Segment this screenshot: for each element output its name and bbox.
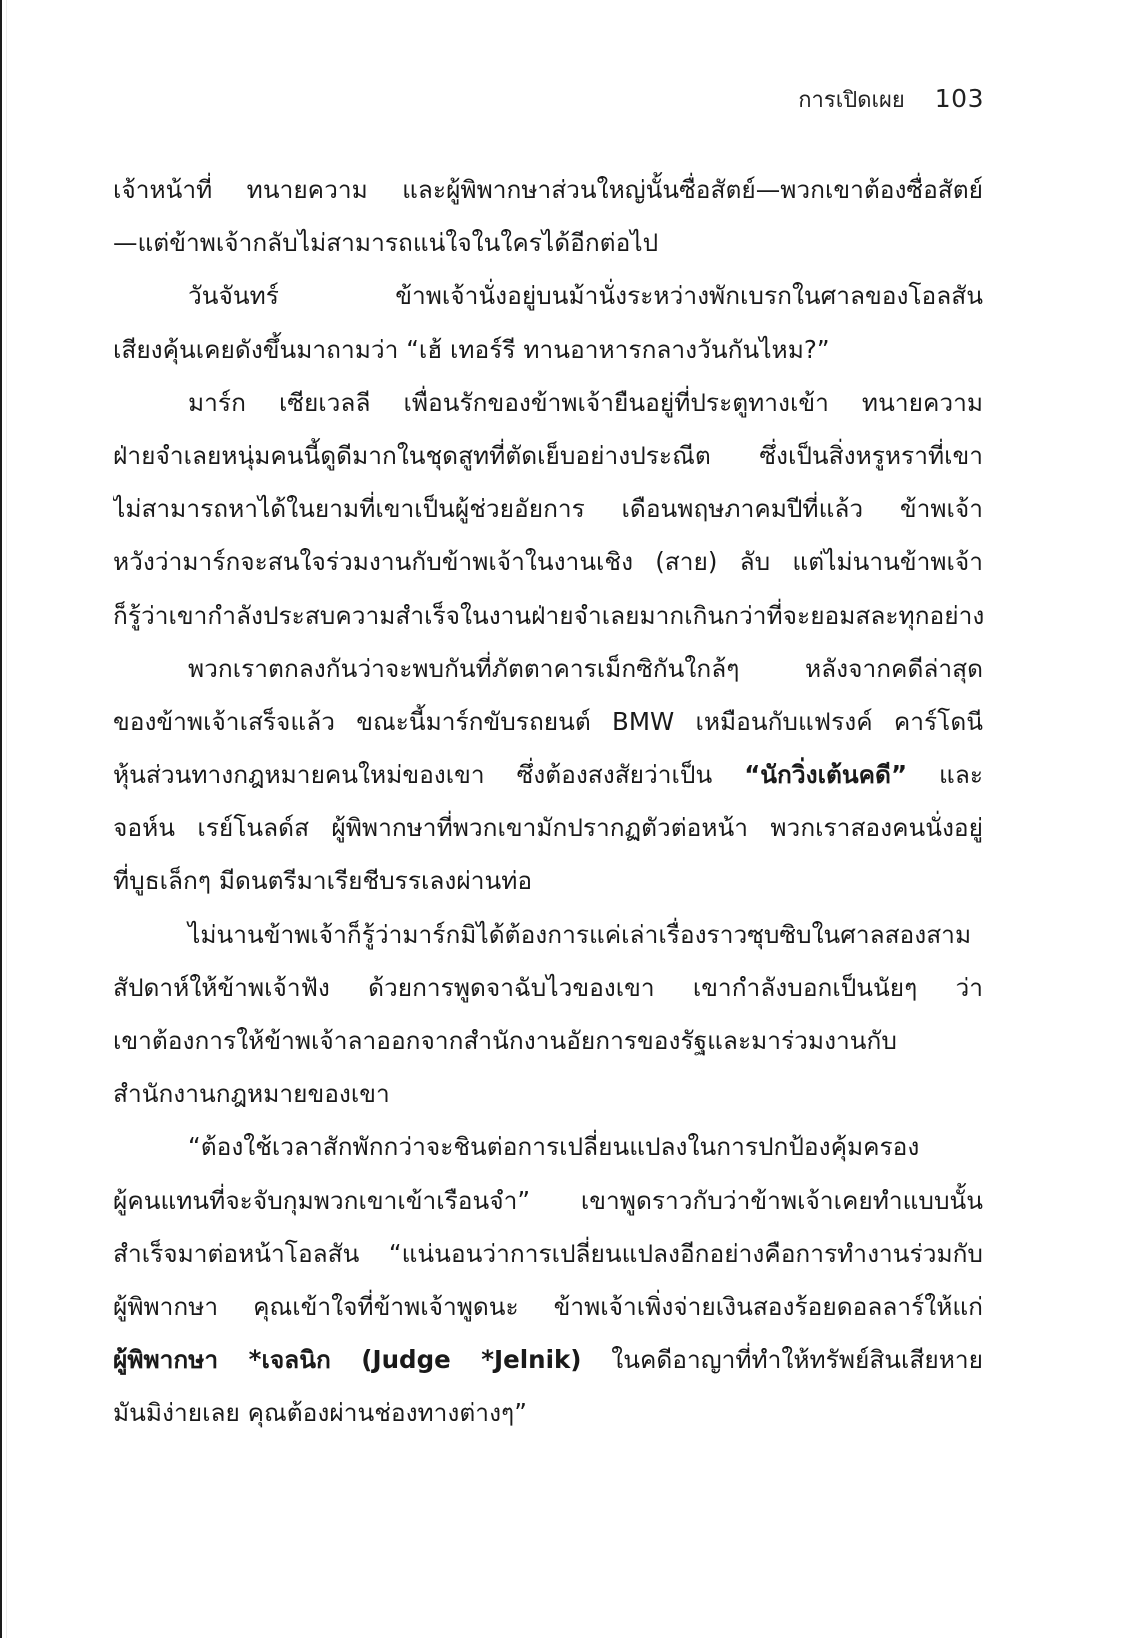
text-segment: สำนักงานกฎหมายของเขา [113, 1079, 390, 1108]
text-segment: มาร์ก เซียเวลลี เพื่อนรักของข้าพเจ้ายืนอ… [188, 388, 983, 417]
text-segment: เสียงคุ้นเคยดังขึ้นมาถามว่า “เฮ้ เทอร์รี… [113, 335, 830, 364]
text-segment: ไม่นานข้าพเจ้าก็รู้ว่ามาร์กมิได้ต้องการแ… [188, 920, 971, 949]
text-line: ที่บูธเล็กๆ มีดนตรีมาเรียชีบรรเลงผ่านท่อ [113, 854, 983, 907]
text-segment: ในคดีอาญาที่ทำให้ทรัพย์สินเสียหาย [581, 1345, 983, 1374]
text-line: สัปดาห์ให้ข้าพเจ้าฟัง ด้วยการพูดจาฉับไวข… [113, 961, 983, 1014]
text-segment: พวกเราตกลงกันว่าจะพบกันที่ภัตตาคารเม็กซิ… [188, 654, 983, 683]
paragraph: เจ้าหน้าที่ ทนายความ และผู้พิพากษาส่วนให… [113, 163, 983, 269]
text-segment: สัปดาห์ให้ข้าพเจ้าฟัง ด้วยการพูดจาฉับไวข… [113, 973, 983, 1002]
text-line: ฝ่ายจำเลยหนุ่มคนนี้ดูดีมากในชุดสูทที่ตัด… [113, 429, 983, 482]
bold-text: “นักวิ่งเต้นคดี” [744, 760, 907, 789]
page-binding-edge [0, 0, 2, 1638]
text-line: พวกเราตกลงกันว่าจะพบกันที่ภัตตาคารเม็กซิ… [113, 642, 983, 695]
text-line: มาร์ก เซียเวลลี เพื่อนรักของข้าพเจ้ายืนอ… [113, 376, 983, 429]
text-segment: วันจันทร์ ข้าพเจ้านั่งอยู่บนม้านั่งระหว่… [188, 281, 983, 310]
text-segment: ผู้พิพากษา คุณเข้าใจที่ข้าพเจ้าพูดนะ ข้า… [113, 1292, 983, 1321]
chapter-title: การเปิดเผย [798, 82, 905, 117]
text-segment: หวังว่ามาร์กจะสนใจร่วมงานกับข้าพเจ้าในงา… [113, 547, 983, 576]
text-segment: ของข้าพเจ้าเสร็จแล้ว ขณะนี้มาร์กขับรถยนต… [113, 707, 983, 736]
text-segment: ที่บูธเล็กๆ มีดนตรีมาเรียชีบรรเลงผ่านท่อ [113, 866, 532, 895]
text-segment: ไม่สามารถหาได้ในยามที่เขาเป็นผู้ช่วยอัยก… [113, 494, 983, 523]
text-segment: “ต้องใช้เวลาสักพักกว่าจะชินต่อการเปลี่ยน… [188, 1132, 919, 1161]
page-gutter-line [6, 0, 7, 1638]
text-segment: ฝ่ายจำเลยหนุ่มคนนี้ดูดีมากในชุดสูทที่ตัด… [113, 441, 983, 470]
text-segment: ก็รู้ว่าเขากำลังประสบความสำเร็จในงานฝ่าย… [113, 601, 983, 630]
text-line: เจ้าหน้าที่ ทนายความ และผู้พิพากษาส่วนให… [113, 163, 983, 216]
text-segment: ผู้คนแทนที่จะจับกุมพวกเขาเข้าเรือนจำ” เข… [113, 1186, 983, 1215]
bold-text: ผู้พิพากษา *เจลนิก (Judge *Jelnik) [113, 1345, 581, 1374]
text-segment: —แต่ข้าพเจ้ากลับไม่สามารถแน่ใจในใครได้อี… [113, 228, 658, 257]
text-line: ผู้คนแทนที่จะจับกุมพวกเขาเข้าเรือนจำ” เข… [113, 1174, 983, 1227]
text-line: ผู้พิพากษา คุณเข้าใจที่ข้าพเจ้าพูดนะ ข้า… [113, 1280, 983, 1333]
text-line: เสียงคุ้นเคยดังขึ้นมาถามว่า “เฮ้ เทอร์รี… [113, 323, 983, 376]
text-segment: หุ้นส่วนทางกฎหมายคนใหม่ของเขา ซึ่งต้องสง… [113, 760, 744, 789]
text-segment: มันมิง่ายเลย คุณต้องผ่านช่องทางต่างๆ” [113, 1398, 527, 1427]
paragraph: มาร์ก เซียเวลลี เพื่อนรักของข้าพเจ้ายืนอ… [113, 376, 983, 642]
text-line: มันมิง่ายเลย คุณต้องผ่านช่องทางต่างๆ” [113, 1386, 983, 1439]
running-head: การเปิดเผย 103 [798, 82, 984, 117]
text-line: สำนักงานกฎหมายของเขา [113, 1067, 983, 1120]
paragraph: “ต้องใช้เวลาสักพักกว่าจะชินต่อการเปลี่ยน… [113, 1120, 983, 1439]
text-line: “ต้องใช้เวลาสักพักกว่าจะชินต่อการเปลี่ยน… [113, 1120, 983, 1173]
text-line: ผู้พิพากษา *เจลนิก (Judge *Jelnik) ในคดี… [113, 1333, 983, 1386]
text-line: ไม่สามารถหาได้ในยามที่เขาเป็นผู้ช่วยอัยก… [113, 482, 983, 535]
paragraph: พวกเราตกลงกันว่าจะพบกันที่ภัตตาคารเม็กซิ… [113, 642, 983, 908]
text-line: วันจันทร์ ข้าพเจ้านั่งอยู่บนม้านั่งระหว่… [113, 269, 983, 322]
paragraph: ไม่นานข้าพเจ้าก็รู้ว่ามาร์กมิได้ต้องการแ… [113, 908, 983, 1121]
text-line: ก็รู้ว่าเขากำลังประสบความสำเร็จในงานฝ่าย… [113, 589, 983, 642]
text-line: —แต่ข้าพเจ้ากลับไม่สามารถแน่ใจในใครได้อี… [113, 216, 983, 269]
text-line: จอห์น เรย์โนลด์ส ผู้พิพากษาที่พวกเขามักป… [113, 801, 983, 854]
page-number: 103 [935, 84, 984, 113]
text-line: หุ้นส่วนทางกฎหมายคนใหม่ของเขา ซึ่งต้องสง… [113, 748, 983, 801]
text-line: สำเร็จมาต่อหน้าโอลสัน “แน่นอนว่าการเปลี่… [113, 1227, 983, 1280]
text-line: เขาต้องการให้ข้าพเจ้าลาออกจากสำนักงานอัย… [113, 1014, 983, 1067]
text-line: ไม่นานข้าพเจ้าก็รู้ว่ามาร์กมิได้ต้องการแ… [113, 908, 983, 961]
text-line: หวังว่ามาร์กจะสนใจร่วมงานกับข้าพเจ้าในงา… [113, 535, 983, 588]
text-segment: จอห์น เรย์โนลด์ส ผู้พิพากษาที่พวกเขามักป… [113, 813, 983, 842]
body-text: เจ้าหน้าที่ ทนายความ และผู้พิพากษาส่วนให… [113, 163, 983, 1440]
text-segment: เขาต้องการให้ข้าพเจ้าลาออกจากสำนักงานอัย… [113, 1026, 897, 1055]
text-segment: เจ้าหน้าที่ ทนายความ และผู้พิพากษาส่วนให… [113, 175, 983, 204]
paragraph: วันจันทร์ ข้าพเจ้านั่งอยู่บนม้านั่งระหว่… [113, 269, 983, 375]
text-line: ของข้าพเจ้าเสร็จแล้ว ขณะนี้มาร์กขับรถยนต… [113, 695, 983, 748]
text-segment: สำเร็จมาต่อหน้าโอลสัน “แน่นอนว่าการเปลี่… [113, 1239, 983, 1268]
text-segment: และ [907, 760, 983, 789]
